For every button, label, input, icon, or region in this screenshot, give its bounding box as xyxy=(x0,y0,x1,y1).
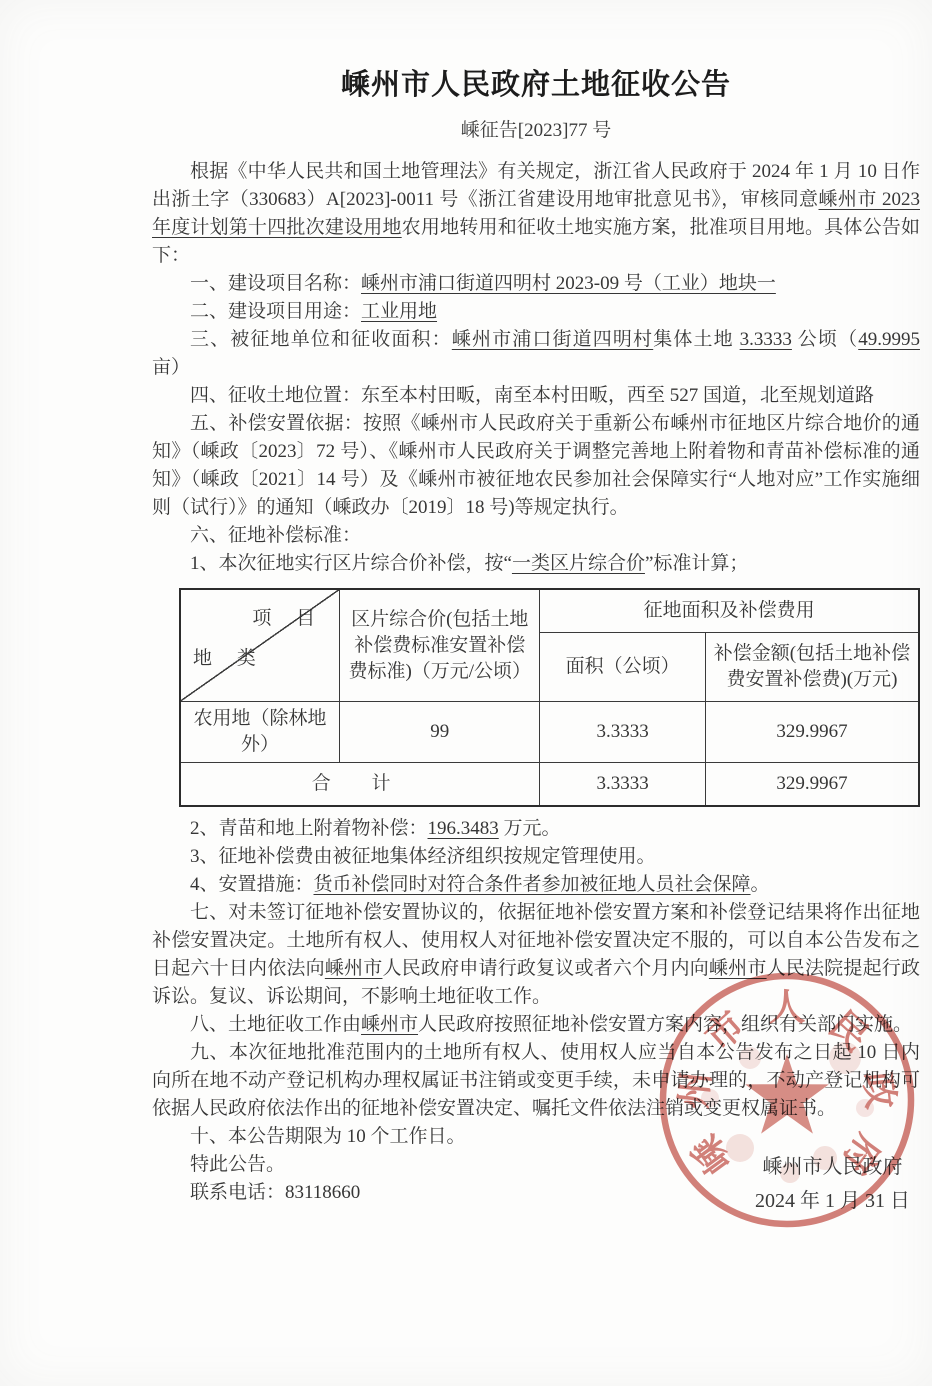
paragraph: 八、土地征收工作由嵊州市人民政府按照征地补偿安置方案内容，组织有关部门实施。 xyxy=(152,1011,920,1039)
amount-column-header: 补偿金额(包括土地补偿费安置补偿费)(万元) xyxy=(705,633,919,702)
signature-issuer: 嵊州市人民政府 xyxy=(755,1150,910,1184)
paragraph: 四、征收土地位置：东至本村田畈，南至本村田畈，西至 527 国道，北至规划道路 xyxy=(152,382,920,410)
paragraph: 二、建设项目用途：工业用地 xyxy=(152,298,920,326)
cell-amount: 329.9967 xyxy=(705,702,919,763)
group-header: 征地面积及补偿费用 xyxy=(540,589,919,633)
paragraph: 七、对未签订征地补偿安置协议的，依据征地补偿安置方案和补偿登记结果将作出征地补偿… xyxy=(152,899,920,1011)
total-amount: 329.9967 xyxy=(705,763,919,807)
cell-category: 农用地（除林地外） xyxy=(180,702,340,763)
paragraph: 九、本次征地批准范围内的土地所有权人、使用权人应当自本公告发布之日起 10 日内… xyxy=(152,1039,920,1123)
paragraph: 五、补偿安置依据：按照《嵊州市人民政府关于重新公布嵊州市征地区片综合地价的通知》… xyxy=(152,410,920,522)
paragraph: 4、安置措施：货币补偿同时对符合条件者参加被征地人员社会保障。 xyxy=(152,871,920,899)
body-before-table: 根据《中华人民共和国土地管理法》有关规定，浙江省人民政府于 2024 年 1 月… xyxy=(152,158,920,578)
paragraph: 三、被征地单位和征收面积：嵊州市浦口街道四明村集体土地 3.3333 公顷（49… xyxy=(152,326,920,382)
table-corner-cell: 项 目 地 类 xyxy=(180,589,340,702)
document-title: 嵊州市人民政府土地征收公告 xyxy=(152,62,920,103)
body-after-table: 2、青苗和地上附着物补偿：196.3483 万元。3、征地补偿费由被征地集体经济… xyxy=(152,815,920,1207)
paragraph: 1、本次征地实行区片综合价补偿，按“一类区片综合价”标准计算； xyxy=(152,550,920,578)
price-column-header: 区片综合价(包括土地补偿费标准安置补偿费标准)（万元/公顷） xyxy=(340,589,540,702)
corner-label-project: 项 目 xyxy=(252,606,325,632)
paragraph: 根据《中华人民共和国土地管理法》有关规定，浙江省人民政府于 2024 年 1 月… xyxy=(152,158,920,270)
document-content: 嵊州市人民政府土地征收公告 嵊征告[2023]77 号 根据《中华人民共和国土地… xyxy=(152,62,920,1207)
total-label: 合 计 xyxy=(180,763,540,807)
document-page: 嵊州市人民政府土地征收公告 嵊征告[2023]77 号 根据《中华人民共和国土地… xyxy=(0,0,932,1386)
cell-area: 3.3333 xyxy=(540,702,706,763)
doc-number: 嵊征告[2023]77 号 xyxy=(152,115,920,142)
paragraph: 3、征地补偿费由被征地集体经济组织按规定管理使用。 xyxy=(152,843,920,871)
cell-price: 99 xyxy=(340,702,540,763)
area-column-header: 面积（公顷） xyxy=(540,633,706,702)
corner-label-landtype: 地 类 xyxy=(193,646,266,672)
signature-block: 嵊州市人民政府 2024 年 1 月 31 日 xyxy=(755,1150,910,1218)
table-total-row: 合 计 3.3333 329.9967 xyxy=(180,763,919,807)
signature-date: 2024 年 1 月 31 日 xyxy=(755,1184,910,1218)
compensation-table: 项 目 地 类 区片综合价(包括土地补偿费标准安置补偿费标准)（万元/公顷） 征… xyxy=(179,588,920,807)
table-row: 农用地（除林地外） 99 3.3333 329.9967 xyxy=(180,702,919,763)
paragraph: 六、征地补偿标准： xyxy=(152,522,920,550)
paragraph: 2、青苗和地上附着物补偿：196.3483 万元。 xyxy=(152,815,920,843)
total-area: 3.3333 xyxy=(540,763,706,807)
paragraph: 十、本公告期限为 10 个工作日。 xyxy=(152,1123,920,1151)
paragraph: 一、建设项目名称：嵊州市浦口街道四明村 2023-09 号（工业）地块一 xyxy=(152,270,920,298)
